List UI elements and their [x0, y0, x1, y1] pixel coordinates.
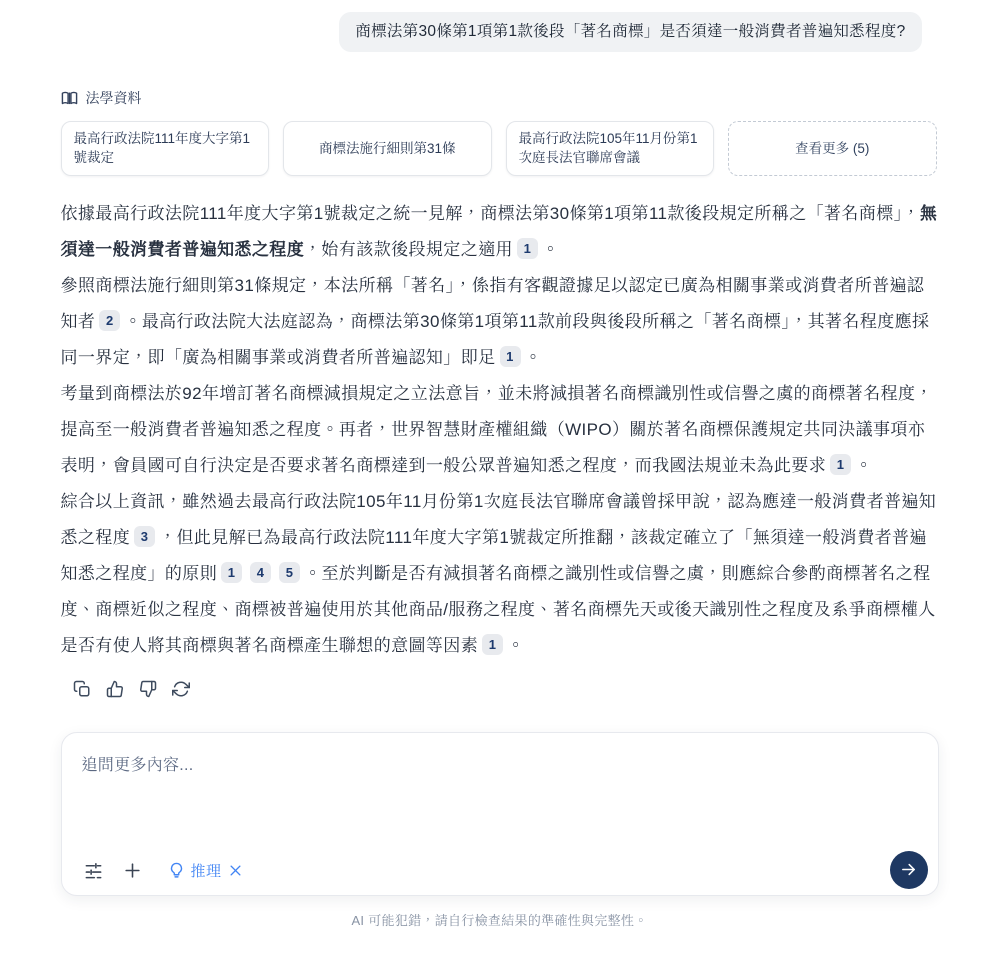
- answer-text-segment: ，始有該款後段規定之適用: [304, 240, 513, 259]
- answer-text-segment: 。: [542, 240, 559, 259]
- thumbs-down-button[interactable]: [139, 680, 157, 698]
- view-more-sources-button[interactable]: 查看更多 (5): [728, 121, 937, 175]
- settings-sliders-button[interactable]: [84, 861, 103, 880]
- answer-paragraph: 參照商標法施行細則第31條規定，本法所稱「著名」，係指有客觀證據足以認定已廣為相…: [61, 268, 939, 376]
- ai-disclaimer: AI 可能犯錯，請自行檢查結果的準確性與完整性。: [61, 910, 939, 929]
- legal-sources-header: 法學資料: [61, 88, 939, 108]
- lightbulb-icon: [168, 862, 185, 879]
- legal-sources-label: 法學資料: [86, 88, 142, 108]
- answer-paragraph: 綜合以上資訊，雖然過去最高行政法院105年11月份第1次庭長法官聯席會議曾採甲說…: [61, 484, 939, 664]
- copy-icon: [73, 680, 91, 698]
- answer-paragraph: 依據最高行政法院111年度大字第1號裁定之統一見解，商標法第30條第1項第11款…: [61, 196, 939, 268]
- arrow-right-icon: [900, 861, 917, 878]
- thumbs-up-button[interactable]: [106, 680, 124, 698]
- thumbs-up-icon: [106, 680, 124, 698]
- citation-badge[interactable]: 5: [279, 562, 300, 583]
- answer-text-segment: 。: [507, 636, 524, 655]
- user-message-row: 商標法第30條第1項第1款後段「著名商標」是否須達一般消費者普遍知悉程度?: [61, 12, 939, 52]
- composer-toolbar: 推理: [62, 860, 938, 895]
- answer-text-segment: 。最高行政法院大法庭認為，商標法第30條第1項第11款前段與後段所稱之「著名商標…: [61, 312, 930, 367]
- citation-badge[interactable]: 1: [221, 562, 242, 583]
- answer-text-segment: 。: [525, 348, 542, 367]
- citation-badge[interactable]: 1: [500, 346, 521, 367]
- copy-button[interactable]: [73, 680, 91, 698]
- refresh-icon: [172, 680, 190, 698]
- chat-page: 商標法第30條第1項第1款後段「著名商標」是否須達一般消費者普遍知悉程度? 法學…: [61, 0, 939, 954]
- citation-badge[interactable]: 4: [250, 562, 271, 583]
- answer-actions: [61, 680, 939, 698]
- answer-paragraph: 考量到商標法於92年增訂著名商標減損規定之立法意旨，並未將減損著名商標識別性或信…: [61, 376, 939, 484]
- citation-badge[interactable]: 1: [830, 454, 851, 475]
- citation-badge[interactable]: 1: [517, 238, 538, 259]
- answer-text-segment: 。: [855, 456, 872, 475]
- answer-text-segment: 依據最高行政法院111年度大字第1號裁定之統一見解，商標法第30條第1項第11款…: [61, 204, 920, 223]
- book-icon: [61, 90, 78, 107]
- user-question-bubble: 商標法第30條第1項第1款後段「著名商標」是否須達一般消費者普遍知悉程度?: [339, 12, 921, 52]
- regenerate-button[interactable]: [172, 680, 190, 698]
- citation-badge[interactable]: 3: [134, 526, 155, 547]
- citation-badge[interactable]: 2: [99, 310, 120, 331]
- followup-input[interactable]: [62, 733, 938, 860]
- source-cards-row: 最高行政法院111年度大字第1號裁定 商標法施行細則第31條 最高行政法院105…: [61, 121, 939, 175]
- source-card-1[interactable]: 最高行政法院111年度大字第1號裁定: [61, 121, 270, 175]
- reasoning-mode-chip[interactable]: 推理: [168, 860, 243, 881]
- add-attachment-button[interactable]: [123, 861, 142, 880]
- citation-badge[interactable]: 1: [482, 634, 503, 655]
- sliders-icon: [84, 861, 103, 880]
- source-card-3[interactable]: 最高行政法院105年11月份第1次庭長法官聯席會議: [506, 121, 715, 175]
- send-button[interactable]: [890, 851, 928, 889]
- source-card-2[interactable]: 商標法施行細則第31條: [283, 121, 492, 175]
- answer-text: 依據最高行政法院111年度大字第1號裁定之統一見解，商標法第30條第1項第11款…: [61, 196, 939, 664]
- reasoning-label: 推理: [191, 860, 222, 881]
- thumbs-down-icon: [139, 680, 157, 698]
- composer: 推理: [61, 732, 939, 896]
- close-icon[interactable]: [228, 863, 243, 878]
- plus-icon: [123, 861, 142, 880]
- answer-text-segment: 考量到商標法於92年增訂著名商標減損規定之立法意旨，並未將減損著名商標識別性或信…: [61, 384, 933, 475]
